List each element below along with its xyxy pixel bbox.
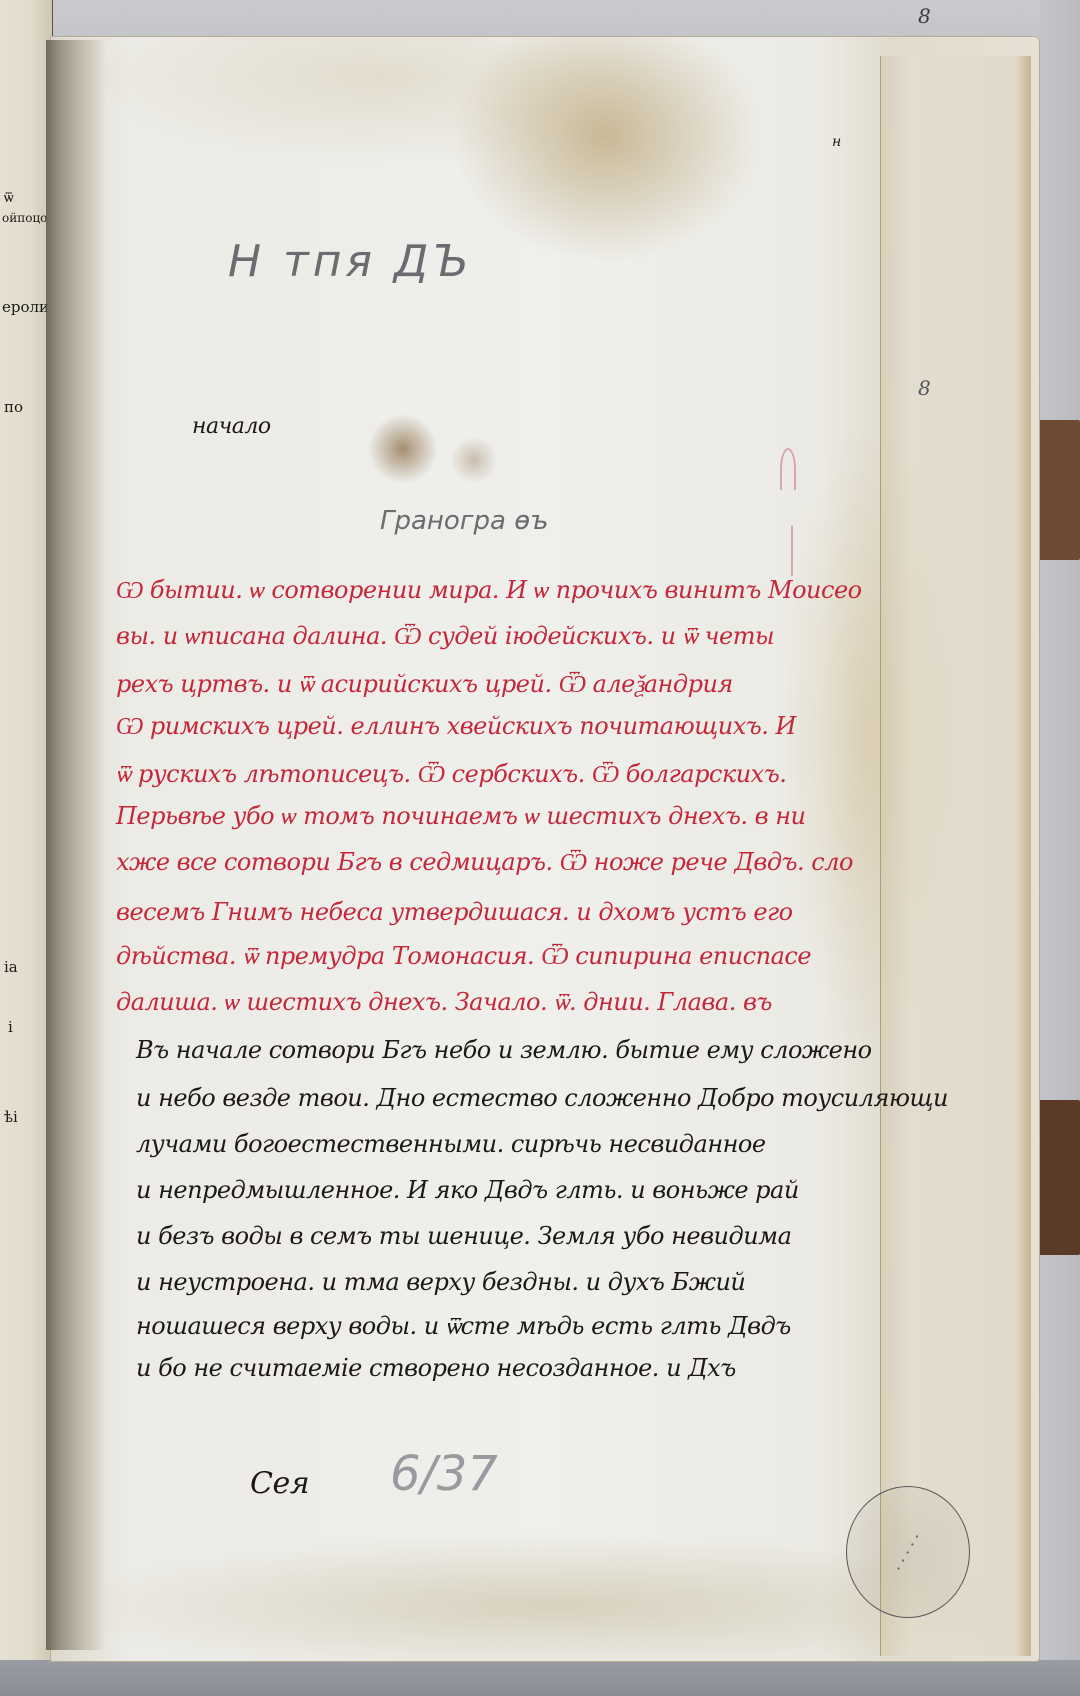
text-line: и безъ воды в семъ ты шенице. Земля убо … xyxy=(136,1222,791,1250)
red-bracket-mark xyxy=(780,448,796,490)
rubric-line: ѿ рускихъ лѣтописецъ. Ѿ сербскихъ. Ѿ бол… xyxy=(116,760,786,789)
rubric-line: дѣйства. ѿ премудра Томонасия. Ѿ сипирин… xyxy=(116,942,811,971)
left-margin-note: ѣі xyxy=(4,1110,18,1125)
book-gutter-shadow xyxy=(46,40,106,1650)
pencil-title: Граногра ѳъ xyxy=(380,506,548,536)
left-margin-note: ѿ xyxy=(4,190,14,205)
ink-stain xyxy=(450,436,498,484)
rubric-line: Ѡ римскихъ црей. еллинъ хвейскихъ почита… xyxy=(116,712,796,741)
bottom-ink-note: Сея xyxy=(250,1466,309,1501)
left-margin-note: по xyxy=(4,400,23,415)
text-line: и бо не считаеміе створено несозданное. … xyxy=(136,1354,736,1382)
ink-stain xyxy=(368,414,438,484)
text-line: и неустроена. и тма верху бездны. и духъ… xyxy=(136,1268,745,1296)
rubric-line: весемъ Гнимъ небеса утвердишася. и дхомъ… xyxy=(116,898,793,926)
background-bottom xyxy=(0,1660,1080,1696)
text-line: ношашеся верху воды. и ѿсте мѣдь есть гл… xyxy=(136,1312,791,1341)
rubric-line: рехъ цртвъ. и ѿ асирийскихъ црей. Ѿ алеѯ… xyxy=(116,670,733,699)
folio-number: 8 xyxy=(918,4,931,28)
left-margin-note: ероли xyxy=(2,300,49,315)
paper-repair-strip xyxy=(880,56,1031,1656)
margin-pencil-number: 8 xyxy=(918,376,931,400)
folio-mark: н xyxy=(832,134,841,150)
red-bracket-tick xyxy=(791,526,793,576)
background-right xyxy=(1040,0,1080,1696)
text-line: и непредмышленное. И яко Двдъ глть. и во… xyxy=(136,1176,799,1204)
left-margin-note: іа xyxy=(4,960,18,975)
rubric-line: далиша. ѡ шестихъ днехъ. Зачало. ѿ. днии… xyxy=(116,988,772,1017)
text-line: и небо везде твои. Дно естество сложенно… xyxy=(136,1084,948,1112)
library-stamp: • • • • • xyxy=(846,1486,970,1618)
rubric-line: Ѡ бытии. ѡ сотворении мира. И ѡ прочихъ … xyxy=(116,576,862,605)
ink-note-nachalo: начало xyxy=(192,414,271,439)
manuscript-page: Н тпя ДЪ 8 н 8 начало Граногра ѳъ Ѡ быти… xyxy=(50,36,1040,1662)
rubric-line: хже все сотвори Бгъ в седмицаръ. Ѿ ноже … xyxy=(116,848,853,877)
rubric-line: Перьвѣе убо ѡ томъ починаемъ ѡ шестихъ д… xyxy=(116,802,805,831)
binding-strap-upper xyxy=(1038,420,1080,560)
bottom-pencil-number: 6/37 xyxy=(390,1446,498,1502)
text-line: лучами богоестественными. сирѣчь несвида… xyxy=(136,1130,766,1158)
left-margin-note: і xyxy=(8,1020,13,1035)
rubric-line: вы. и ѡписана далина. Ѿ судей іюдейскихъ… xyxy=(116,622,774,651)
binding-strap-lower xyxy=(1038,1100,1080,1255)
text-line: Въ начале сотвори Бгъ небо и землю. быти… xyxy=(136,1036,872,1064)
pencil-notation-top: Н тпя ДЪ xyxy=(228,236,473,287)
left-margin-note: оӥпоцо xyxy=(2,212,47,224)
